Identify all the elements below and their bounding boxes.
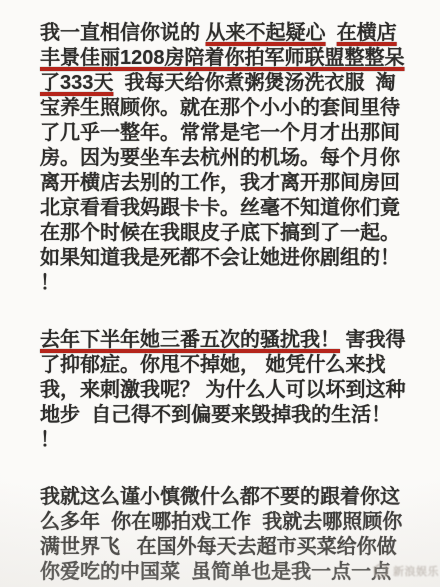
text-line: 我一直相信你说的 从来不起疑心 在横店 [40, 21, 430, 46]
text-segment: 满世界飞 在国外每天去超市买菜给你做 [40, 536, 397, 558]
text-line: 地步 自己得不到偏要来毁掉我的生活！ [40, 403, 430, 428]
text-segment: 我就这么谨小慎微什么都不要的跟着你这 [40, 486, 400, 508]
text-segment [326, 22, 337, 44]
text-segment: 害我得 [340, 329, 406, 351]
paragraph: 我就这么谨小慎微什么都不要的跟着你这么多年 你在哪拍戏工作 我就去哪照顾你满世界… [40, 485, 430, 585]
text-line: 你爱吃的中国菜 虽简单也是我一点一点 [40, 560, 430, 585]
text-line: 了333天 我每天给你煮粥煲汤洗衣服 淘 [40, 71, 430, 96]
underlined-phrase: 丰景佳丽1208房陪着你拍军师联盟整整呆 [40, 47, 405, 69]
text-segment: 我每天给你煮粥煲汤洗衣服 淘 [113, 72, 395, 94]
text-line: 了抑郁症。你甩不掉她， 她凭什么来找 [40, 353, 430, 378]
text-body: 我一直相信你说的 从来不起疑心 在横店丰景佳丽1208房陪着你拍军师联盟整整呆了… [40, 21, 430, 585]
text-segment: 我一直相信你说的 [40, 22, 206, 44]
text-segment: ！ [40, 272, 60, 294]
underlined-phrase: 了333天 [40, 72, 113, 94]
underlined-phrase: 从来不起疑心 [206, 22, 326, 44]
text-segment: 地步 自己得不到偏要来毁掉我的生活！ [40, 404, 391, 426]
text-line: ！ [40, 428, 430, 453]
text-line: 离开横店去别的工作，我才离开那间房回 [40, 171, 430, 196]
text-segment: 在那个时候在我眼皮子底下搞到了一起。 [40, 222, 400, 244]
text-segment: 房。因为要坐车去杭州的机场。每个月你 [40, 147, 400, 169]
paragraph: 我一直相信你说的 从来不起疑心 在横店丰景佳丽1208房陪着你拍军师联盟整整呆了… [40, 21, 430, 296]
paragraph: 去年下半年她三番五次的骚扰我！ 害我得了抑郁症。你甩不掉她， 她凭什么来找我，来… [40, 328, 430, 453]
underlined-phrase: 在横店 [337, 22, 397, 44]
text-segment: 离开横店去别的工作，我才离开那间房回 [40, 172, 400, 194]
text-segment: 么多年 你在哪拍戏工作 我就去哪照顾你 [40, 511, 402, 533]
underlined-phrase: 去年下半年她三番五次的骚扰我！ [40, 329, 340, 351]
text-line: 房。因为要坐车去杭州的机场。每个月你 [40, 146, 430, 171]
text-line: 我就这么谨小慎微什么都不要的跟着你这 [40, 485, 430, 510]
text-line: 丰景佳丽1208房陪着你拍军师联盟整整呆 [40, 46, 430, 71]
text-segment: 我，来刺激我呢？ 为什么人可以坏到这种 [40, 379, 406, 401]
text-segment: 如果知道我是死都不会让她进你剧组的！ [40, 247, 400, 269]
text-segment: 你爱吃的中国菜 虽简单也是我一点一点 [40, 561, 391, 583]
photo-text-page: 我一直相信你说的 从来不起疑心 在横店丰景佳丽1208房陪着你拍军师联盟整整呆了… [0, 0, 440, 587]
text-line: 北京看看我妈跟卡卡。丝毫不知道你们竟 [40, 196, 430, 221]
text-segment: 宝养生照顾你。就在那个小小的套间里待 [40, 97, 400, 119]
text-line: 我，来刺激我呢？ 为什么人可以坏到这种 [40, 378, 430, 403]
text-segment: 了几乎一整年。常常是宅一个月才出那间 [40, 122, 400, 144]
text-line: 去年下半年她三番五次的骚扰我！ 害我得 [40, 328, 430, 353]
text-segment: 北京看看我妈跟卡卡。丝毫不知道你们竟 [40, 197, 400, 219]
text-line: 么多年 你在哪拍戏工作 我就去哪照顾你 [40, 510, 430, 535]
text-line: 如果知道我是死都不会让她进你剧组的！ [40, 246, 430, 271]
text-line: 了几乎一整年。常常是宅一个月才出那间 [40, 121, 430, 146]
text-line: 满世界飞 在国外每天去超市买菜给你做 [40, 535, 430, 560]
text-line: ！ [40, 271, 430, 296]
text-line: 宝养生照顾你。就在那个小小的套间里待 [40, 96, 430, 121]
text-segment: ！ [40, 429, 60, 451]
text-segment: 了抑郁症。你甩不掉她， 她凭什么来找 [40, 354, 386, 376]
text-line: 在那个时候在我眼皮子底下搞到了一起。 [40, 221, 430, 246]
